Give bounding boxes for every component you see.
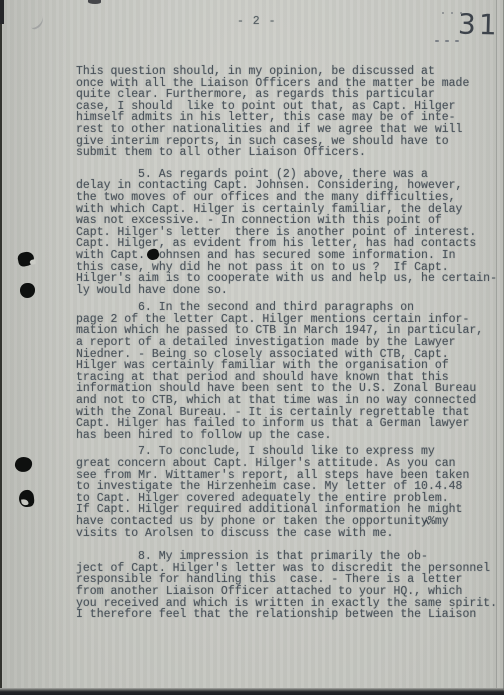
- text-line: Hilger's aim is to cooperate with us and…: [76, 273, 500, 285]
- text-line: a report of a detailed investigation mad…: [76, 337, 500, 349]
- page-stamp-number: 31: [458, 7, 500, 41]
- text-line: with Capt. Johnsen and has secured some …: [76, 250, 500, 262]
- paragraph-5: 5. As regards point (2) above, there was…: [76, 169, 500, 297]
- speck-dots-above-stamp: [442, 12, 462, 14]
- text-line: rest to other nationalities and if we ag…: [76, 124, 500, 136]
- text-line: ly would have done so.: [76, 285, 500, 297]
- page-edge-corner: [0, 0, 4, 24]
- text-line: 8. My impression is that primarily the o…: [76, 551, 500, 563]
- scan-artifact-top: [88, 0, 101, 4]
- text-line: was not excessive. - In connection with …: [76, 215, 500, 227]
- page-edge-left: [0, 0, 2, 695]
- text-line: the two moves of our offices and the man…: [76, 192, 500, 204]
- paragraph-8: 8. My impression is that primarily the o…: [76, 551, 500, 621]
- ink-blot: [14, 456, 33, 473]
- text-line: and not to CTB, which at that time was i…: [76, 395, 500, 407]
- speck-dots-below-stamp: [435, 40, 459, 42]
- text-line: has been hired to follow up the case.: [76, 430, 500, 442]
- text-line: from another Liaison Officer attached to…: [76, 586, 500, 598]
- page-edge-bottom: [0, 688, 504, 695]
- ink-blot: [18, 489, 35, 507]
- text-line: great concern about Capt. Hilger's attit…: [76, 458, 500, 470]
- scanned-page: - 2 - 31 This question should, in my opi…: [0, 0, 504, 695]
- paragraph-6: 6. In the second and third paragraphs on…: [76, 302, 500, 441]
- paragraph-7: 7. To conclude, I should like to express…: [76, 446, 500, 539]
- letter-body: This question should, in my opinion, be …: [76, 66, 500, 621]
- text-line: have contacted us by phone or taken the …: [76, 516, 500, 528]
- paragraph-continued: This question should, in my opinion, be …: [76, 66, 500, 159]
- text-line: submit them to all other Liaison Officer…: [76, 147, 500, 159]
- ink-blot: [20, 283, 35, 298]
- pencil-smudge: [27, 12, 46, 31]
- insertion-caret: ^: [423, 520, 430, 531]
- text-line: This question should, in my opinion, be …: [76, 66, 500, 78]
- page-number-header: - 2 -: [237, 15, 277, 28]
- text-line: I therefore feel that the relationship b…: [76, 609, 500, 621]
- ink-blot: [17, 250, 36, 267]
- text-line: visits to Arolsen to discuss the case wi…: [76, 528, 500, 540]
